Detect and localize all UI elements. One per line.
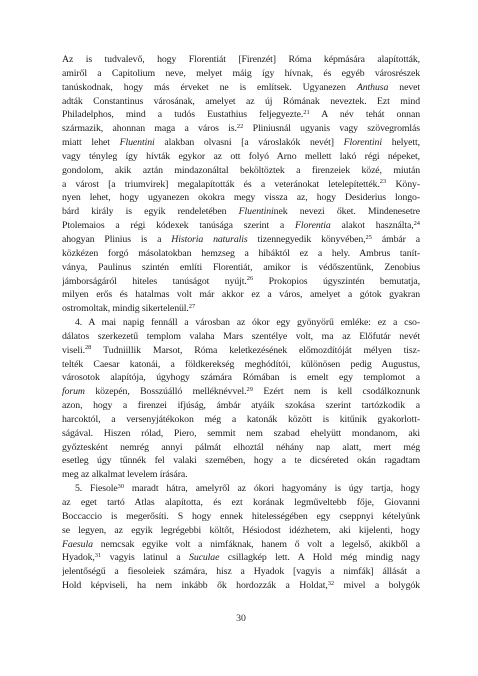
text-line: bárd király is egyik rendeletében Fluent… bbox=[62, 205, 420, 219]
italic-term: Historia naturalis bbox=[171, 234, 247, 245]
text-line: gondolom, akik aztán mindazonáltal beköl… bbox=[62, 164, 420, 178]
text-run: Ezért nem is kell csodálkoznunk bbox=[253, 386, 420, 397]
text-run: 4. A mai napig fennáll a városban az óko… bbox=[75, 317, 420, 328]
text-line: jelentőségű a fiesoleiek számára, hisz a… bbox=[62, 565, 420, 579]
text-run: vagy tényleg így hívták egykor az ott fo… bbox=[62, 151, 420, 162]
text-run: maradt hátra, amelyről az ókori hagyomán… bbox=[124, 483, 420, 494]
text-line: amiről a Capitolium neve, melyet máig íg… bbox=[62, 67, 420, 81]
text-run: Ptolemaios a régi kódexek tanúsága szeri… bbox=[62, 220, 295, 231]
text-run: közkézen forgó másolatokban hemzseg a hi… bbox=[62, 248, 420, 259]
text-line: dálatos szerkezetű templom valaha Mars s… bbox=[62, 330, 420, 344]
text-line: jámborságáról hiteles tanúságot nyújt.26… bbox=[62, 275, 420, 289]
footnote-ref: 30 bbox=[118, 483, 124, 490]
text-line: meg az alkalmat levelem írására. bbox=[62, 468, 420, 482]
text-run: jelentőségű a fiesoleiek számára, hisz a… bbox=[62, 566, 420, 577]
text-line: Philadelphos, mind a tudós Eustathius fe… bbox=[62, 108, 420, 122]
text-line: Hold képviseli, ha nem inkább ők hordozz… bbox=[62, 579, 420, 593]
text-run: bárd király is egyik rendeletében bbox=[62, 206, 239, 217]
text-run: Hold képviseli, ha nem inkább ők hordozz… bbox=[62, 580, 328, 591]
text-run: nyen lehet, hogy ugyanezen okokra megy v… bbox=[62, 192, 420, 203]
paragraph: 4. A mai napig fennáll a városban az óko… bbox=[62, 316, 420, 482]
text-run: Boccaccio is megerősíti. S hogy ennek hi… bbox=[62, 511, 420, 522]
text-line: győztesként nemrég annyi pálmát elhoztál… bbox=[62, 441, 420, 455]
footnote-ref: 32 bbox=[328, 580, 334, 587]
text-run: ságával. Hiszen rólad, Piero, semmit nem… bbox=[62, 428, 420, 439]
text-line: Boccaccio is megerősíti. S hogy ennek hi… bbox=[62, 510, 420, 524]
text-run: ostromoltak, mindig sikertelenül. bbox=[62, 303, 189, 314]
text-line: harcoktól, a versenyjátékokon még a kato… bbox=[62, 413, 420, 427]
text-run: esetleg úgy tűnnék fel valaki szemében, … bbox=[62, 455, 420, 466]
footnote-ref: 21 bbox=[303, 109, 309, 116]
text-run: tizennegyedik könyvében, bbox=[248, 234, 366, 245]
text-run: városotok alapítója, úgyhogy számára Róm… bbox=[62, 372, 420, 383]
footnote-ref: 29 bbox=[247, 386, 253, 393]
text-line: ahogyan Plinius is a Historia naturalis … bbox=[62, 233, 420, 247]
text-run: jámborságáról hiteles tanúságot nyújt. bbox=[62, 276, 247, 287]
text-run: nek nevezi őket. Mindenesetre bbox=[274, 206, 420, 217]
paragraph: 5. Fiesole30 maradt hátra, amelyről az ó… bbox=[62, 482, 420, 593]
italic-term: Anthusa bbox=[357, 82, 388, 93]
text-run: származik, ahonnan maga a város is. bbox=[62, 123, 237, 134]
text-line: adták Constantinus városának, amelyet az… bbox=[62, 95, 420, 109]
footnote-ref: 26 bbox=[247, 275, 253, 282]
text-line: milyen erős és hatalmas volt már akkor e… bbox=[62, 288, 420, 302]
footnote-ref: 22 bbox=[237, 123, 243, 130]
italic-term: Florentini bbox=[344, 137, 382, 148]
text-line: a várost [a triumvirek] megalapították é… bbox=[62, 178, 420, 192]
text-line: se legyen, az egyik legrégebbi költőt, H… bbox=[62, 524, 420, 538]
text-run: csillagkép lett. A Hold még mindig nagy bbox=[219, 552, 420, 563]
text-run: tanúskodnak, hogy más érveket ne is emlí… bbox=[62, 82, 357, 93]
text-run: harcoktól, a versenyjátékokon még a kato… bbox=[62, 414, 420, 425]
text-line: miatt lehet Fluentini alakban olvasni [a… bbox=[62, 136, 420, 150]
text-line: ságával. Hiszen rólad, Piero, semmit nem… bbox=[62, 427, 420, 441]
italic-term: forum bbox=[62, 386, 85, 397]
text-run: milyen erős és hatalmas volt már akkor e… bbox=[62, 289, 420, 300]
text-line: vagy tényleg így hívták egykor az ott fo… bbox=[62, 150, 420, 164]
text-run: ahogyan Plinius is a bbox=[62, 234, 171, 245]
footnote-ref: 25 bbox=[366, 234, 372, 241]
text-line: azon, hogy a firenzei ifjúság, ámbár aty… bbox=[62, 399, 420, 413]
text-run: ványa, Paulinus szintén említi Florentiá… bbox=[62, 262, 420, 273]
footnote-ref: 31 bbox=[95, 552, 101, 559]
text-line: forum közepén, Bosszúálló melléknévvel.2… bbox=[62, 385, 420, 399]
text-line: az eget tartó Atlas alapította, és ezt k… bbox=[62, 496, 420, 510]
text-run: 5. Fiesole bbox=[75, 483, 118, 494]
text-run: alakban olvasni [a városlakók nevét] bbox=[155, 137, 344, 148]
text-line: Hyadok,31 vagyis latinul a Suculae csill… bbox=[62, 551, 420, 565]
text-run: A név tehát onnan bbox=[310, 109, 420, 120]
text-run: se legyen, az egyik legrégebbi költőt, H… bbox=[62, 525, 420, 536]
text-run: ámbár a bbox=[372, 234, 420, 245]
text-run: mivel a bolygók bbox=[334, 580, 420, 591]
text-run: meg az alkalmat levelem írására. bbox=[62, 469, 187, 480]
text-line: Faesula nemcsak egyike volt a nimfáknak,… bbox=[62, 538, 420, 552]
text-run: vagyis latinul a bbox=[101, 552, 189, 563]
text-run: nemcsak egyike volt a nimfáknak, hanem ő… bbox=[93, 539, 420, 550]
text-line: városotok alapítója, úgyhogy számára Róm… bbox=[62, 371, 420, 385]
text-run: helyett, bbox=[382, 137, 420, 148]
text-run: Philadelphos, mind a tudós Eustathius fe… bbox=[62, 109, 303, 120]
text-line: telték Caesar katonái, a földkerekség me… bbox=[62, 358, 420, 372]
footnote-ref: 23 bbox=[380, 178, 386, 185]
text-line: Az is tudvalevő, hogy Florentiát [Firenz… bbox=[62, 53, 420, 67]
text-run: Az is tudvalevő, hogy Florentiát [Firenz… bbox=[62, 54, 420, 65]
page-number: 30 bbox=[62, 613, 420, 624]
text-line: származik, ahonnan maga a város is.22 Pl… bbox=[62, 122, 420, 136]
text-run: miatt lehet bbox=[62, 137, 120, 148]
text-run: a várost [a triumvirek] megalapították é… bbox=[62, 179, 380, 190]
text-line: viseli.28 Tudniillik Marsot, Róma keletk… bbox=[62, 344, 420, 358]
text-run: amiről a Capitolium neve, melyet máig íg… bbox=[62, 68, 420, 79]
text-run: azon, hogy a firenzei ifjúság, ámbár aty… bbox=[62, 400, 420, 411]
text-run: Tudniillik Marsot, Róma keletkezésének e… bbox=[91, 345, 420, 356]
text-line: Ptolemaios a régi kódexek tanúsága szeri… bbox=[62, 219, 420, 233]
text-run: győztesként nemrég annyi pálmát elhoztál… bbox=[62, 442, 420, 453]
text-run: közepén, Bosszúálló melléknévvel. bbox=[85, 386, 247, 397]
text-line: 4. A mai napig fennáll a városban az óko… bbox=[62, 316, 420, 330]
text-run: Prokopios úgyszintén bemutatja, bbox=[253, 276, 420, 287]
italic-term: Suculae bbox=[189, 552, 219, 563]
text-run: viseli. bbox=[62, 345, 85, 356]
text-run: nevet bbox=[388, 82, 420, 93]
text-run: az eget tartó Atlas alapította, és ezt k… bbox=[62, 497, 420, 508]
text-line: nyen lehet, hogy ugyanezen okokra megy v… bbox=[62, 191, 420, 205]
document-page: Az is tudvalevő, hogy Florentiát [Firenz… bbox=[0, 0, 478, 676]
italic-term: Florentia bbox=[295, 220, 331, 231]
text-run: Hyadok, bbox=[62, 552, 95, 563]
footnote-ref: 24 bbox=[414, 220, 420, 227]
text-line: esetleg úgy tűnnék fel valaki szemében, … bbox=[62, 454, 420, 468]
text-run: alakot használta, bbox=[331, 220, 414, 231]
footnote-ref: 27 bbox=[189, 303, 195, 310]
italic-term: Fluentini bbox=[120, 137, 155, 148]
text-line: közkézen forgó másolatokban hemzseg a hi… bbox=[62, 247, 420, 261]
text-run: Pliniusnál ugyanis vagy szövegromlás bbox=[243, 123, 420, 134]
text-block: Az is tudvalevő, hogy Florentiát [Firenz… bbox=[62, 53, 420, 593]
text-line: ostromoltak, mindig sikertelenül.27 bbox=[62, 302, 420, 316]
text-line: ványa, Paulinus szintén említi Florentiá… bbox=[62, 261, 420, 275]
text-line: tanúskodnak, hogy más érveket ne is emlí… bbox=[62, 81, 420, 95]
italic-term: Faesula bbox=[62, 539, 93, 550]
footnote-ref: 28 bbox=[85, 344, 91, 351]
text-run: adták Constantinus városának, amelyet az… bbox=[62, 96, 420, 107]
text-run: gondolom, akik aztán mindazonáltal beköl… bbox=[62, 165, 420, 176]
text-run: Köny- bbox=[386, 179, 420, 190]
text-run: dálatos szerkezetű templom valaha Mars s… bbox=[62, 331, 420, 342]
text-run: telték Caesar katonái, a földkerekség me… bbox=[62, 359, 420, 370]
paragraph: Az is tudvalevő, hogy Florentiát [Firenz… bbox=[62, 53, 420, 316]
text-line: 5. Fiesole30 maradt hátra, amelyről az ó… bbox=[62, 482, 420, 496]
italic-term: Fluentini bbox=[239, 206, 274, 217]
